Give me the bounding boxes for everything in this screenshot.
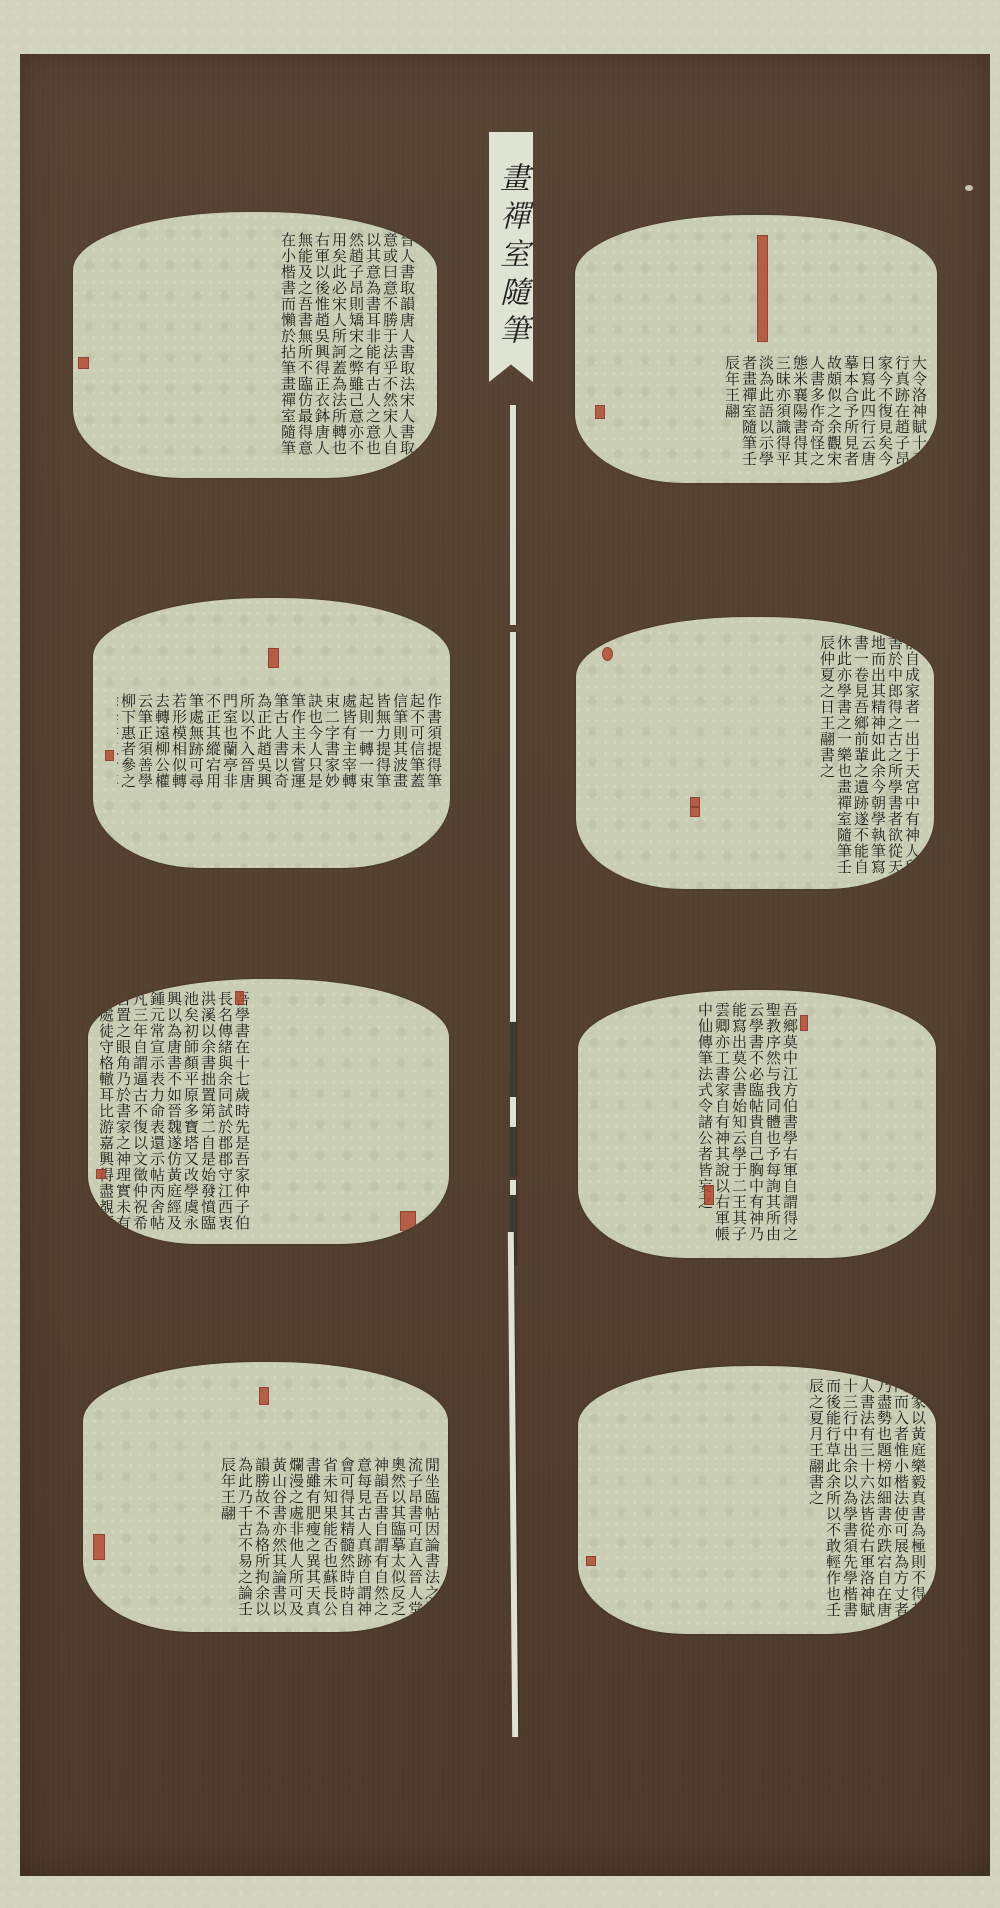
fan-text: 吾鄉莫中江方伯書學右軍自謂得之聖教序然与我同體也予每詢其所由云學書不必臨帖貴自己… (698, 1002, 798, 1257)
seal-stamp (690, 797, 700, 807)
center-strip-segment (510, 405, 516, 625)
mount-blemish (965, 185, 973, 191)
fan-leaf-right-3: 吾鄉莫中江方伯書學右軍自謂得之聖教序然与我同體也予每詢其所由云學書不必臨帖貴自己… (578, 990, 936, 1258)
center-strip-segment (510, 632, 516, 1022)
fan-text: 閒坐臨帖因論書法之源流子昂書可直入晉人堂奧然以其臨摹太似反乏神韻吾書自謂有自然之… (105, 1457, 440, 1627)
fan-leaf-left-4: 閒坐臨帖因論書法之源流子昂書可直入晉人堂奧然以其臨摹太似反乏神韻吾書自謂有自然之… (83, 1362, 448, 1632)
center-strip-segment (510, 1022, 516, 1097)
seal-stamp (93, 1534, 105, 1560)
center-strip-segment (510, 1097, 516, 1127)
seal-stamp (690, 807, 700, 817)
seal-stamp (400, 1211, 416, 1231)
fan-leaf-left-2: 作書須提得筆起不可信筆蓋信筆則其波畫皆無力提得筆起則一轉一束處皆有主宰轉束二字書… (93, 598, 450, 868)
fan-leaf-left-1: 晉人書取韻唐人書取法宋人書取意或曰意不勝于法乎不然宋人自以其意為書耳非能有古人之… (73, 212, 437, 478)
seal-stamp (78, 357, 89, 369)
seal-stamp (704, 1185, 714, 1205)
fan-text: 作書須提得筆起不可信筆蓋信筆則其波畫皆無力提得筆起則一轉一束處皆有主宰轉束二字書… (117, 693, 442, 793)
fan-text: 晉人書取韻唐人書取法宋人書取意或曰意不勝于法乎不然宋人自以其意為書耳非能有古人之… (95, 232, 415, 458)
seal-stamp (268, 648, 279, 668)
seal-stamp (96, 1169, 106, 1179)
seal-stamp (602, 647, 613, 661)
center-strip-segment (510, 1180, 516, 1195)
seal-stamp (757, 235, 768, 342)
fan-text: 大令洛神賦十三行真跡在趙子昂家今不復見矣今日寫此四行云唐摹本合予所見者故頗似之余… (592, 355, 927, 475)
fan-leaf-right-1: 大令洛神賦十三行真跡在趙子昂家今不復見矣今日寫此四行云唐摹本合予所見者故頗似之余… (575, 215, 937, 483)
seal-stamp (586, 1556, 596, 1566)
seal-stamp (235, 991, 244, 1005)
title-slip: 畫禪室隨筆 (489, 132, 533, 382)
fan-leaf-left-3: 吾學書在十七歲時先是吾家仲子伯長名傳緒與余同試於郡郡守江西衷洪溪以余書拙置第二自… (88, 979, 449, 1244)
fan-text: 吾學書在十七歲時先是吾家仲子伯長名傳緒與余同試於郡郡守江西衷洪溪以余書拙置第二自… (100, 991, 250, 1231)
seal-stamp (259, 1387, 269, 1405)
seal-stamp (595, 405, 605, 419)
seal-stamp (800, 1015, 808, 1031)
fan-text: 書家以黃庭樂毅真書為極則不得其門而入者惟小楷法使可展為方丈者乃盡勢也題榜如細書亦… (591, 1378, 926, 1628)
seal-stamp (105, 750, 114, 761)
fan-leaf-right-2: 能自成家者一出于天宮中有神人所書於中郎得之古之所學書者欲從天地而出其精神如此余今… (576, 617, 934, 889)
fan-leaf-right-4: 書家以黃庭樂毅真書為極則不得其門而入者惟小楷法使可展為方丈者乃盡勢也題榜如細書亦… (578, 1366, 936, 1634)
center-strip-segment (510, 1127, 516, 1177)
title-text: 畫禪室隨筆 (489, 162, 533, 352)
fan-text: 能自成家者一出于天宮中有神人所書於中郎得之古之所學書者欲從天地而出其精神如此余今… (710, 635, 920, 885)
